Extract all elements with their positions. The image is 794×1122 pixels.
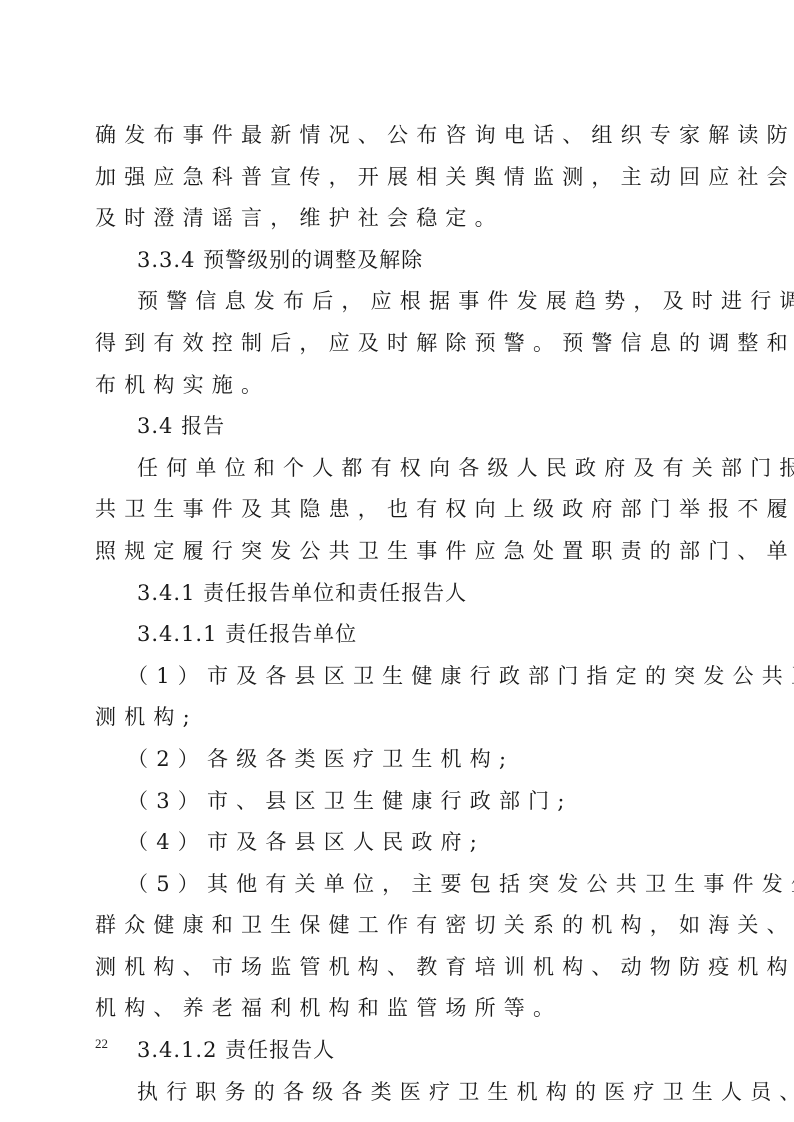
list-item-2: （2）各级各类医疗卫生机构; [95,739,707,781]
list-item-5: （5）其他有关单位，主要包括突发公共卫生事件发生单位、与 [95,864,707,906]
body-text-line: 共卫生事件及其隐患，也有权向上级政府部门举报不履行或者不按 [95,489,707,531]
body-text-line: 布机构实施。 [95,365,707,407]
body-text-line: 测机构; [95,697,707,739]
paragraph-first-line: 任何单位和个人都有权向各级人民政府及有关部门报告突发公 [95,448,707,490]
body-text-line: 群众健康和卫生保健工作有密切关系的机构，如海关、生态环境监 [95,905,707,947]
body-text-line: 及时澄清谣言，维护社会稳定。 [95,198,707,240]
list-item-1: （1）市及各县区卫生健康行政部门指定的突发公共卫生事件监 [95,656,707,698]
body-text-line: 测机构、市场监管机构、教育培训机构、动物防疫机构、检验检测 [95,947,707,989]
body-text-line: 机构、养老福利机构和监管场所等。 [95,988,707,1030]
section-heading-3-4-1-1: 3.4.1.1 责任报告单位 [95,614,707,656]
section-heading-3-4: 3.4 报告 [95,406,707,448]
document-body: 确发布事件最新情况、公布咨询电话、组织专家解读防控政策措施; 加强应急科普宣传，… [95,115,707,1113]
paragraph-first-line: 预警信息发布后，应根据事件发展趋势，及时进行调整。事态 [95,281,707,323]
list-item-4: （4）市及各县区人民政府; [95,822,707,864]
body-text-line: 确发布事件最新情况、公布咨询电话、组织专家解读防控政策措施; [95,115,707,157]
section-heading-3-4-1-2: 3.4.1.2 责任报告人 [95,1030,707,1072]
section-heading-3-3-4: 3.3.4 预警级别的调整及解除 [95,240,707,282]
paragraph-first-line: 执行职务的各级各类医疗卫生机构的医疗卫生人员、个体执业医 [95,1072,707,1114]
page-number: 22 [95,1036,108,1052]
list-item-3: （3）市、县区卫生健康行政部门; [95,781,707,823]
body-text-line: 加强应急科普宣传，开展相关舆情监测，主动回应社会公众关切， [95,157,707,199]
section-heading-3-4-1: 3.4.1 责任报告单位和责任报告人 [95,573,707,615]
body-text-line: 得到有效控制后，应及时解除预警。预警信息的调整和解除由原发 [95,323,707,365]
body-text-line: 照规定履行突发公共卫生事件应急处置职责的部门、单位及个人。 [95,531,707,573]
